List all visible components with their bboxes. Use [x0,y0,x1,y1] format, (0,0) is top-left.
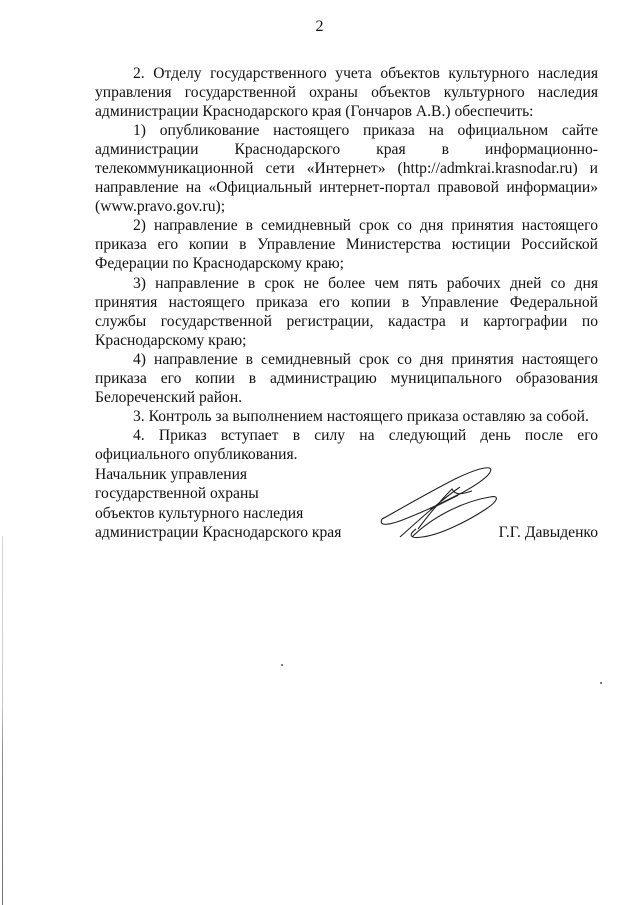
scan-speck [600,682,602,684]
signature-block: Начальник управления государственной охр… [95,465,598,545]
signatory-name: Г.Г. Давыденко [499,523,598,542]
signatory-position-line: государственной охраны [95,484,355,503]
paragraph-item-4: 4. Приказ вступает в силу на следующий д… [95,426,598,464]
signatory-position-line: администрации Краснодарского края [95,523,355,542]
signatory-position: Начальник управления государственной охр… [95,465,355,542]
scan-edge-line [2,536,3,905]
page-number: 2 [0,17,639,36]
document-body: 2. Отделу государственного учета объекто… [95,64,598,464]
scan-speck [281,664,283,666]
paragraph-item-2: 2. Отделу государственного учета объекто… [95,64,598,121]
paragraph-subitem-4: 4) направление в семидневный срок со дня… [95,350,598,407]
paragraph-subitem-3: 3) направление в срок не более чем пять … [95,274,598,350]
handwritten-signature-icon [360,457,500,557]
paragraph-item-3: 3. Контроль за выполнением настоящего пр… [95,407,598,426]
signatory-position-line: Начальник управления [95,465,355,484]
signatory-position-line: объектов культурного наследия [95,504,355,523]
paragraph-subitem-1: 1) опубликование настоящего приказа на о… [95,121,598,216]
paragraph-subitem-2: 2) направление в семидневный срок со дня… [95,216,598,273]
